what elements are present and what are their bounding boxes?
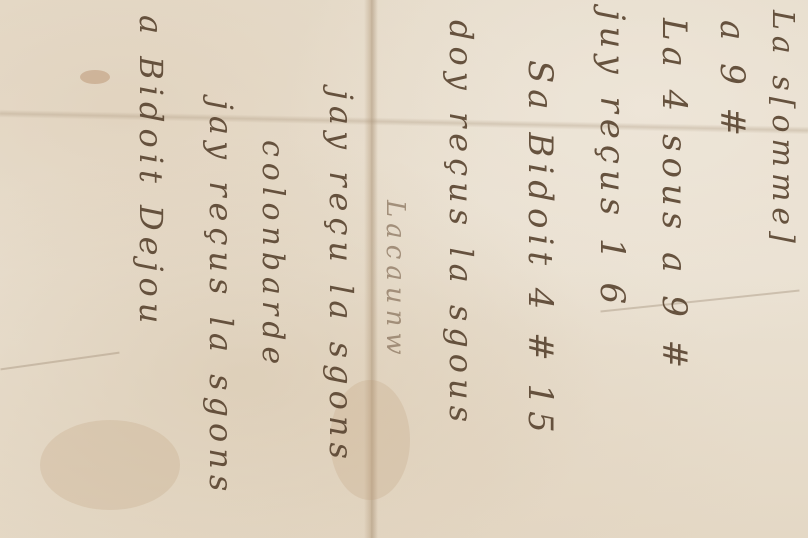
- handwritten-line: a Bidoit Dejou: [132, 15, 170, 329]
- paper-stain: [80, 70, 110, 84]
- handwritten-line: juy reçus 1 6: [592, 10, 632, 310]
- handwritten-line: doy reçus la sgous: [442, 20, 480, 428]
- paper-stain: [40, 420, 180, 510]
- handwritten-line: jay reçu la sgons: [322, 90, 360, 465]
- handwritten-line: La s[omme]: [765, 10, 800, 249]
- handwritten-line: Sa Bidoit 4 # 15: [520, 60, 560, 439]
- handwritten-line: jay reçus la sgons: [202, 100, 240, 497]
- handwritten-line: Lacaunw: [380, 200, 410, 361]
- manuscript-page: La s[omme] a 9 # La 4 sous a 9 # juy reç…: [0, 0, 808, 538]
- handwritten-line: a 9 #: [712, 20, 752, 142]
- handwritten-line: La 4 sous a 9 #: [654, 18, 694, 374]
- paper-crack: [0, 352, 119, 371]
- handwritten-line: colonbarde: [255, 140, 290, 370]
